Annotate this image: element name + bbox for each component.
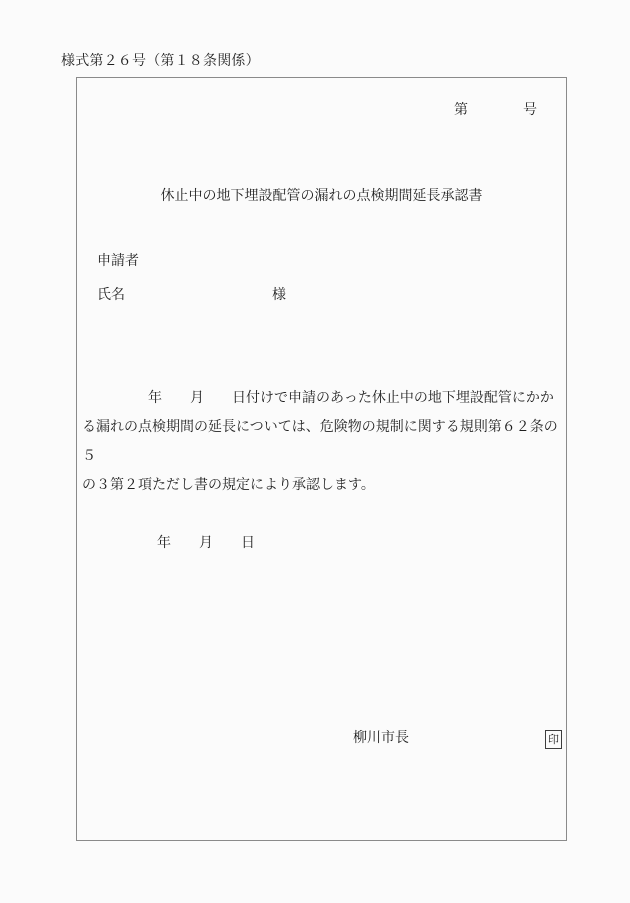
- document-page: 様式第２６号（第１８条関係） 第 号 休止中の地下埋設配管の漏れの点検期間延長承…: [0, 0, 630, 903]
- doc-number-prefix: 第: [454, 103, 468, 117]
- document-title: 休止中の地下埋設配管の漏れの点検期間延長承認書: [76, 189, 567, 203]
- applicant-label: 申請者: [97, 254, 139, 268]
- body-line: の３第２項ただし書の規定により承認します。: [82, 471, 562, 500]
- seal-mark: 印: [548, 734, 559, 745]
- body-paragraph: 年 月 日付けで申請のあった休止中の地下埋設配管にかか る漏れの点検期間の延長に…: [82, 384, 562, 500]
- body-line: 年 月 日付けで申請のあった休止中の地下埋設配管にかか: [82, 384, 562, 413]
- applicant-name-line: 氏名 様: [97, 288, 286, 302]
- name-blank: [125, 288, 272, 302]
- issuer-name: 柳川市長: [353, 731, 409, 745]
- name-label: 氏名: [97, 288, 125, 302]
- doc-number-blank: [468, 103, 523, 117]
- form-number-label: 様式第２６号（第１８条関係）: [61, 54, 260, 68]
- honorific-label: 様: [272, 288, 286, 302]
- seal-placeholder-box: 印: [545, 730, 562, 749]
- doc-number-line: 第 号: [454, 103, 537, 117]
- issue-date-line: 年 月 日: [157, 536, 255, 550]
- body-line: る漏れの点検期間の延長については、危険物の規制に関する規則第６２条の５: [82, 413, 562, 471]
- doc-number-suffix: 号: [523, 103, 537, 117]
